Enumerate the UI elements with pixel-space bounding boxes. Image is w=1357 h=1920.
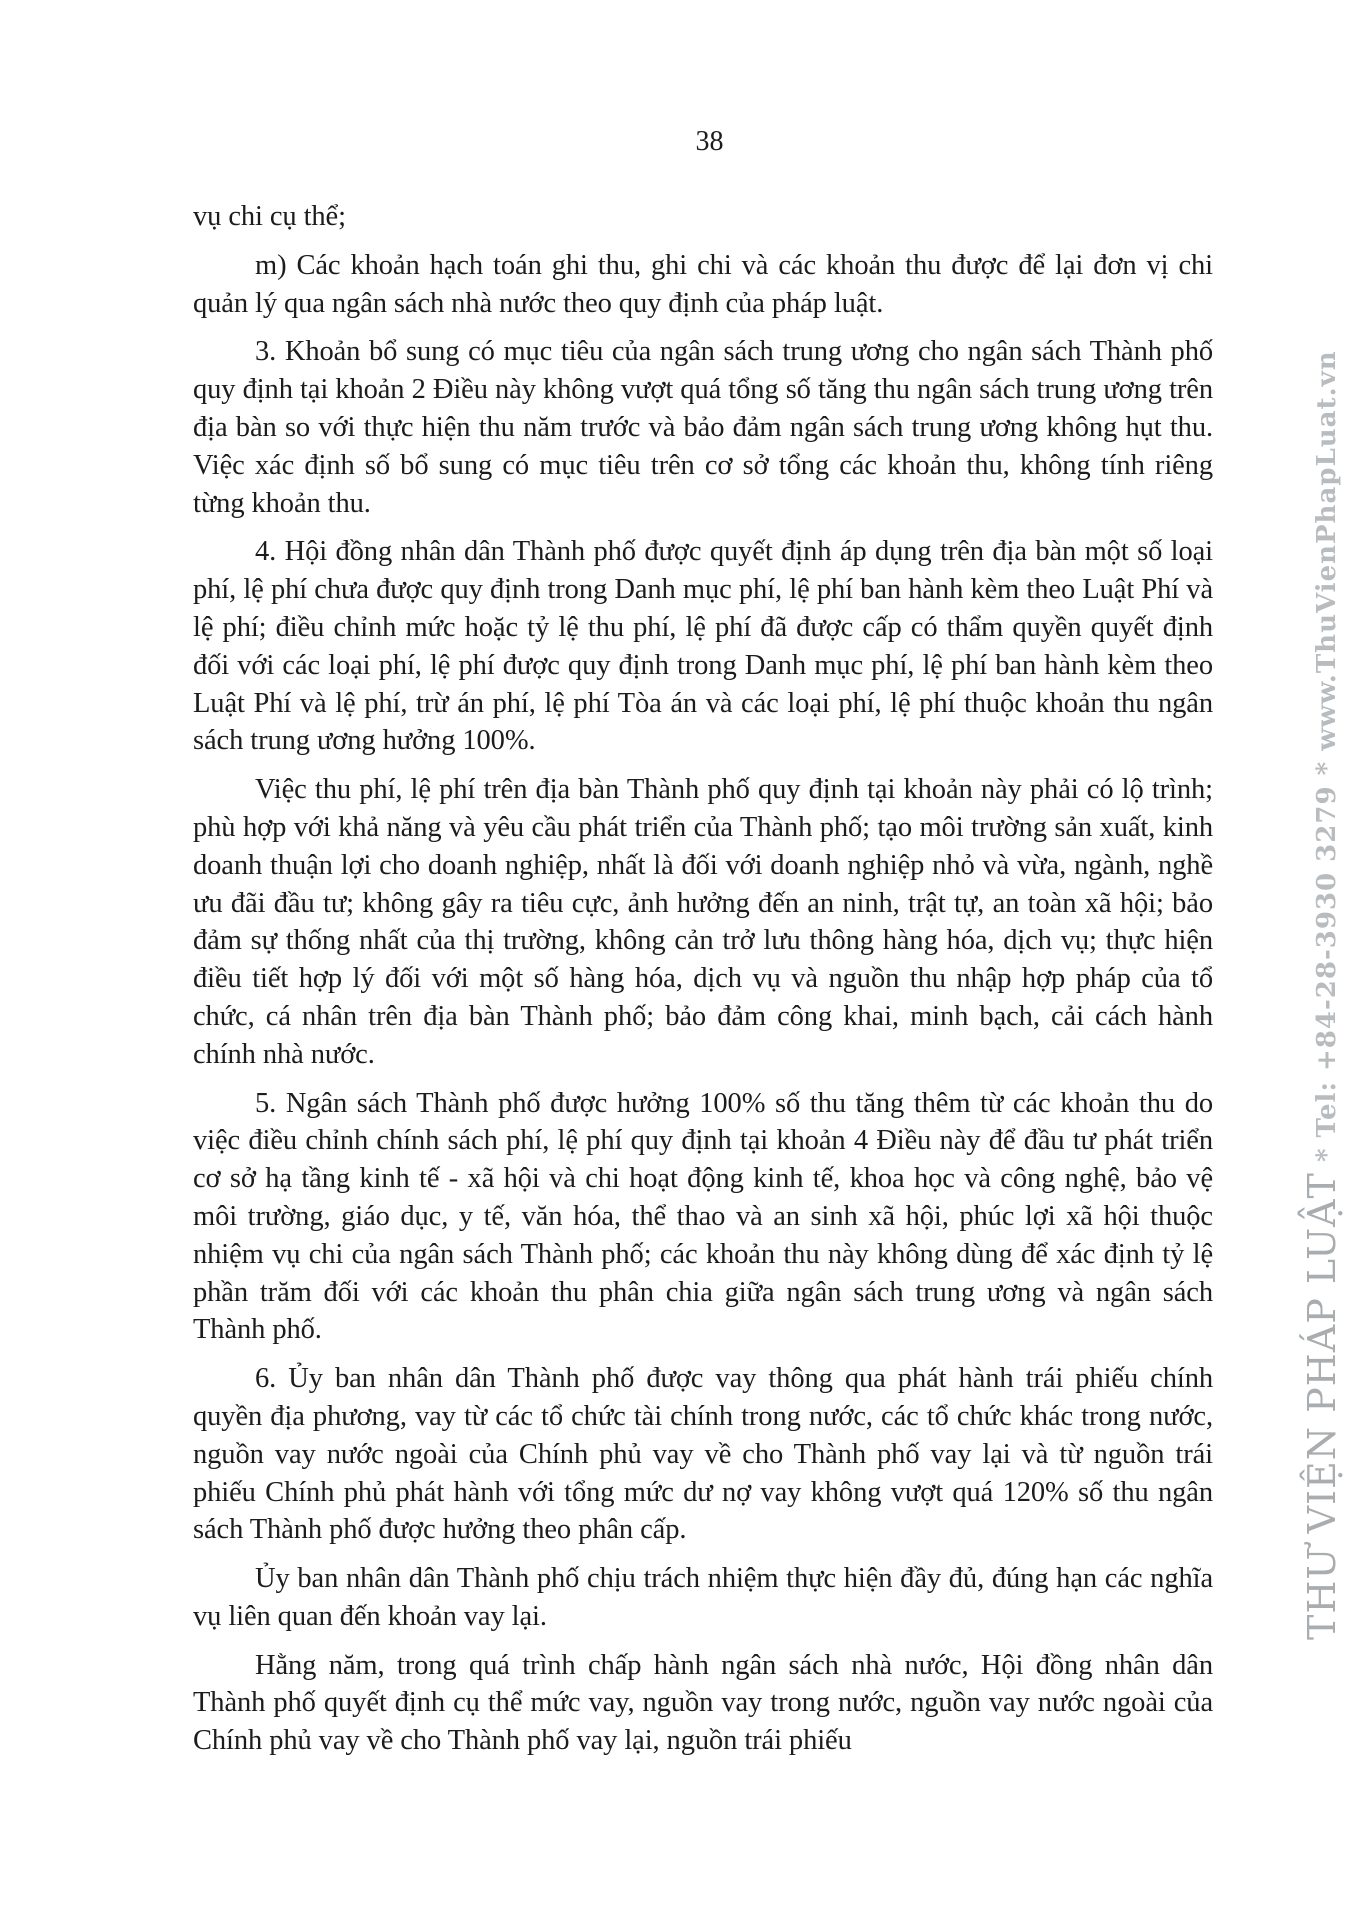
paragraph-clause-6-annual: Hằng năm, trong quá trình chấp hành ngân… [193,1647,1213,1760]
paragraph-item-m: m) Các khoản hạch toán ghi thu, ghi chi … [193,247,1213,323]
paragraph-clause-6-responsibility: Ủy ban nhân dân Thành phố chịu trách nhi… [193,1560,1213,1636]
page-number: 38 [0,126,1357,158]
paragraph-clause-4: 4. Hội đồng nhân dân Thành phố được quyế… [193,533,1213,760]
paragraph-clause-4-roadmap: Việc thu phí, lệ phí trên địa bàn Thành … [193,771,1213,1073]
watermark: THƯ VIỆN PHÁP LUẬT * Tel: +84-28-3930 32… [1300,350,1344,1640]
document-body: vụ chi cụ thể; m) Các khoản hạch toán gh… [193,198,1213,1771]
paragraph-clause-5: 5. Ngân sách Thành phố được hưởng 100% s… [193,1085,1213,1350]
watermark-contact: Tel: +84-28-3930 3279 * www.ThuVienPhapL… [1312,350,1342,1137]
watermark-separator: * [1312,1137,1342,1172]
paragraph-clause-3: 3. Khoản bổ sung có mục tiêu của ngân sá… [193,333,1213,522]
paragraph-clause-6: 6. Ủy ban nhân dân Thành phố được vay th… [193,1360,1213,1549]
paragraph-continuation: vụ chi cụ thể; [193,198,1213,236]
watermark-brand: THƯ VIỆN PHÁP LUẬT [1300,1172,1344,1640]
